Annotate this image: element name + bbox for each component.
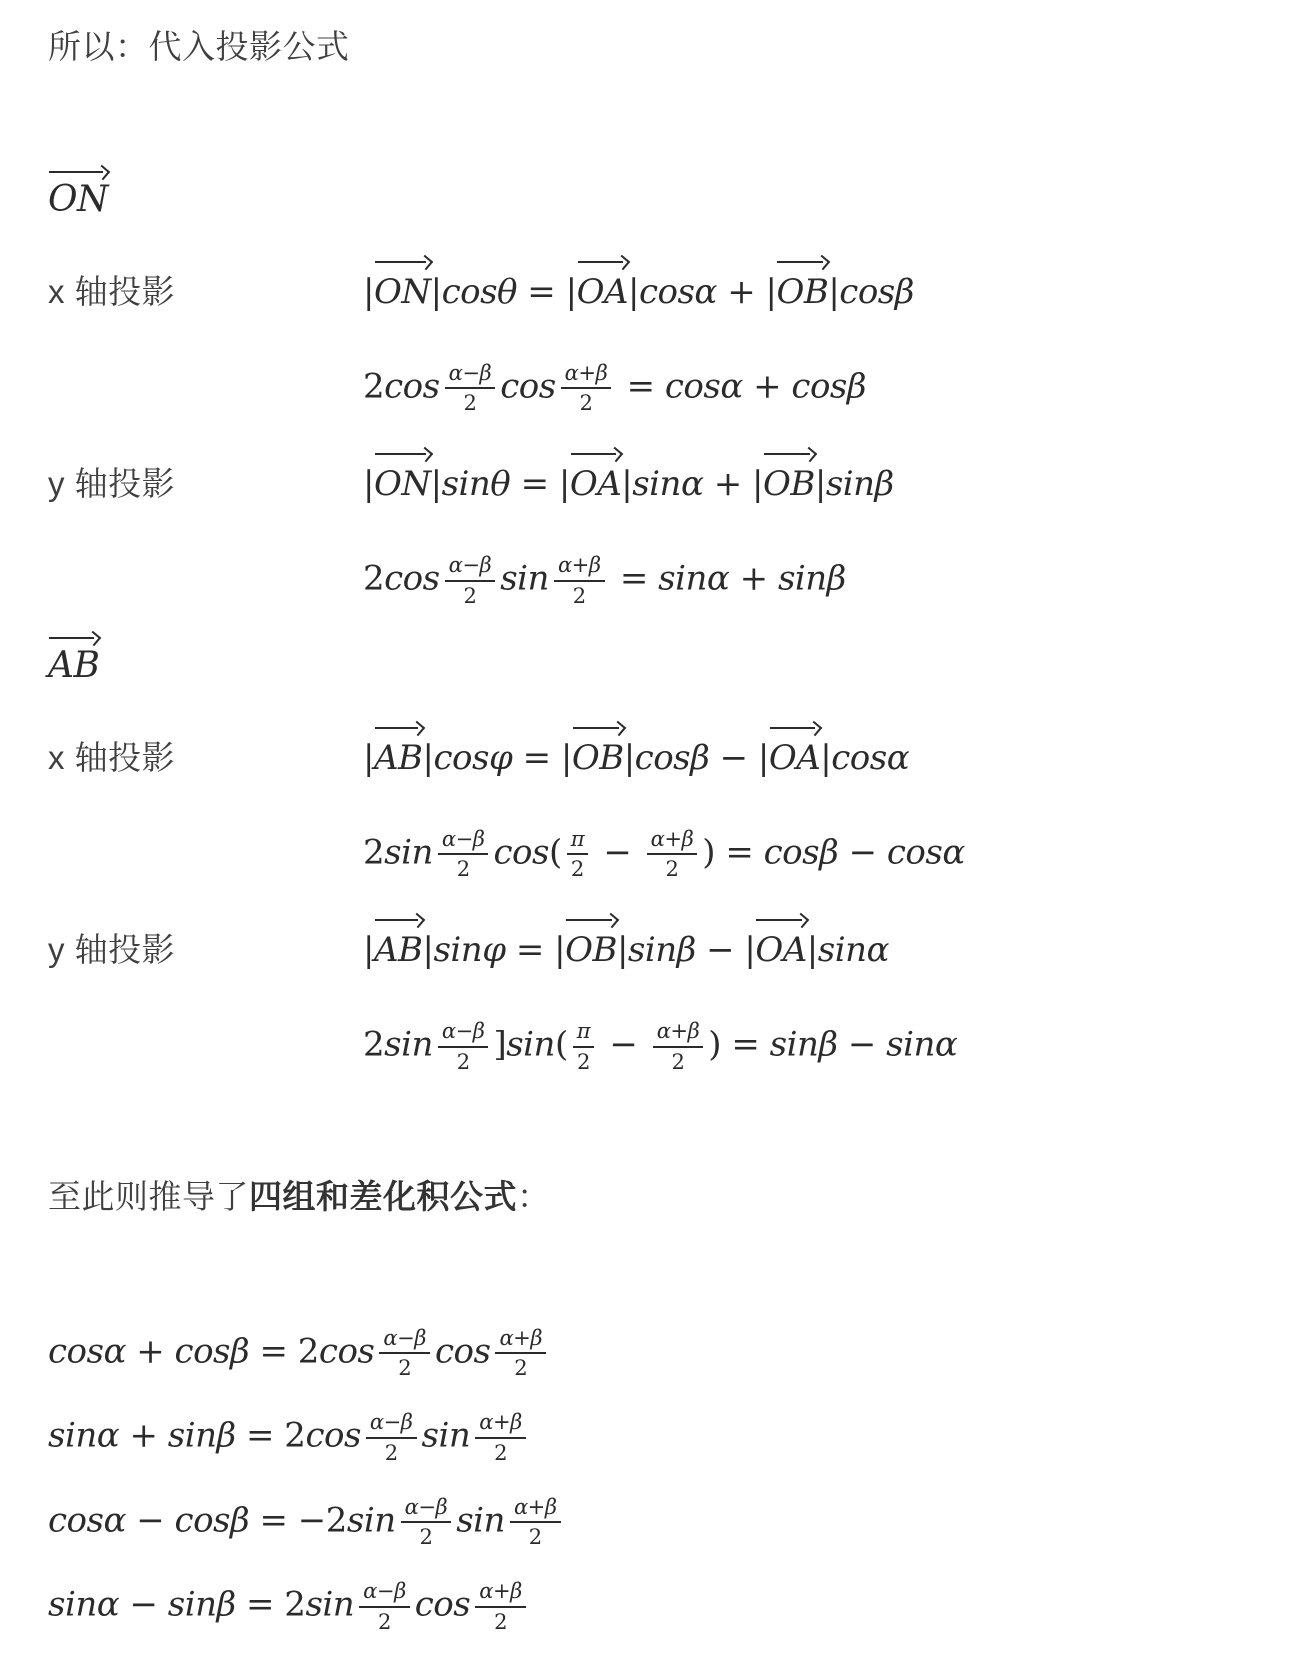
vector-heading-AB: AB bbox=[48, 626, 1264, 689]
math-italic-run: sinβ bbox=[778, 559, 846, 599]
math-italic-run: cos bbox=[384, 367, 439, 407]
vector-heading-ON: ON bbox=[48, 160, 1264, 223]
math-upright-run: + | bbox=[703, 464, 763, 504]
math-upright-run: − bbox=[838, 833, 887, 873]
fraction: α+β2 bbox=[510, 1495, 561, 1549]
math-upright-run: − | bbox=[709, 738, 769, 778]
vector-letters: OA bbox=[570, 464, 621, 504]
math-italic-run: sin bbox=[422, 1416, 471, 1456]
fraction-denominator: 2 bbox=[359, 1608, 410, 1634]
math-italic-run: cosα bbox=[887, 833, 965, 873]
vector-AB: AB bbox=[374, 925, 423, 975]
vector-ON: ON bbox=[374, 459, 431, 509]
fraction-denominator: 2 bbox=[653, 1048, 704, 1074]
fraction: π2 bbox=[573, 1019, 594, 1073]
math-upright-run: | bbox=[423, 930, 434, 970]
fraction-numerator: α−β bbox=[359, 1579, 410, 1607]
math-upright-run: | bbox=[423, 738, 434, 778]
fraction: α+β2 bbox=[561, 361, 612, 415]
vector-letters: OA bbox=[755, 930, 806, 970]
fraction-denominator: 2 bbox=[438, 1048, 489, 1074]
vector-arrow-icon bbox=[572, 719, 624, 732]
math-upright-run: | bbox=[820, 738, 831, 778]
fraction-denominator: 2 bbox=[401, 1523, 452, 1549]
math-upright-run: | bbox=[431, 464, 442, 504]
final-formula-row: cosα + cosβ = 2cosα−β2cosα+β2 bbox=[48, 1326, 1264, 1380]
vector-arrow-icon bbox=[776, 253, 828, 266]
derivation-sections: ONx 轴投影|ON|cosθ = |OA|cosα + |OB|cosβ2co… bbox=[48, 160, 1264, 1074]
vector-AB: AB bbox=[48, 643, 99, 689]
fraction-denominator: 2 bbox=[438, 855, 489, 881]
vector-letters: OA bbox=[577, 272, 628, 312]
fraction-denominator: 2 bbox=[445, 389, 496, 415]
sum-to-product-formulas: cosα + cosβ = 2cosα−β2cosα+β2sinα + sinβ… bbox=[48, 1326, 1264, 1634]
final-formula: sinα − sinβ = 2sinα−β2cosα+β2 bbox=[48, 1579, 1264, 1633]
formula-line: 2sinα−β2]sin(π2 − α+β2) = sinβ − sinα bbox=[48, 1019, 1264, 1073]
fraction-denominator: 2 bbox=[647, 855, 698, 881]
fraction-denominator: 2 bbox=[475, 1608, 526, 1634]
math-upright-run: − bbox=[599, 1025, 648, 1065]
vector-arrow-icon bbox=[48, 629, 99, 642]
math-upright-run: | bbox=[363, 464, 374, 504]
math-upright-run: = | bbox=[517, 272, 577, 312]
math-formula: 2cosα−β2sinα+β2 = sinα + sinβ bbox=[363, 553, 846, 607]
fraction-denominator: 2 bbox=[495, 1354, 546, 1380]
math-italic-run: sin bbox=[384, 1025, 433, 1065]
fraction-numerator: α+β bbox=[561, 361, 612, 389]
math-italic-run: cosβ bbox=[175, 1331, 250, 1371]
formula-row: x 轴投影|ON|cosθ = |OA|cosα + |OB|cosβ bbox=[48, 249, 1264, 317]
fraction-denominator: 2 bbox=[475, 1439, 526, 1465]
math-formula: 2sinα−β2]sin(π2 − α+β2) = sinβ − sinα bbox=[363, 1019, 957, 1073]
fraction-numerator: α−β bbox=[401, 1495, 452, 1523]
math-upright-run: − bbox=[126, 1500, 175, 1540]
formula-line: 2cosα−β2cosα+β2 = cosα + cosβ bbox=[48, 361, 1264, 415]
vector-letters: ON bbox=[48, 179, 108, 220]
math-italic-run: cosα bbox=[665, 367, 743, 407]
math-upright-run: | bbox=[363, 272, 374, 312]
vector-AB: AB bbox=[374, 733, 423, 783]
fraction-numerator: π bbox=[573, 1019, 594, 1047]
math-upright-run: = bbox=[616, 367, 665, 407]
vector-ON: ON bbox=[374, 267, 431, 317]
math-upright-run: = | bbox=[506, 930, 566, 970]
math-upright-run: ) bbox=[702, 833, 715, 873]
fraction: π2 bbox=[567, 827, 588, 881]
math-upright-run: − bbox=[593, 833, 642, 873]
math-italic-run: cosβ bbox=[764, 833, 839, 873]
final-formula: cosα + cosβ = 2cosα−β2cosα+β2 bbox=[48, 1326, 1264, 1380]
math-upright-run: = bbox=[715, 833, 764, 873]
fraction: α−β2 bbox=[445, 553, 496, 607]
math-italic-run: sinφ bbox=[433, 930, 505, 970]
vector-letters: OB bbox=[776, 272, 828, 312]
math-upright-run: ( bbox=[555, 1025, 568, 1065]
math-italic-run: cos bbox=[319, 1331, 374, 1371]
fraction-denominator: 2 bbox=[445, 582, 496, 608]
conclusion-text: 至此则推导了四组和差化积公式： bbox=[48, 1174, 1264, 1220]
math-formula: |ON|cosθ = |OA|cosα + |OB|cosβ bbox=[363, 267, 914, 317]
axis-label: y 轴投影 bbox=[48, 925, 363, 975]
fraction-denominator: 2 bbox=[554, 582, 605, 608]
math-upright-run: + | bbox=[717, 272, 777, 312]
math-italic-run: cosθ bbox=[442, 272, 517, 312]
final-formula-row: sinα + sinβ = 2cosα−β2sinα+β2 bbox=[48, 1410, 1264, 1464]
vector-letters: OB bbox=[565, 930, 617, 970]
fraction: α+β2 bbox=[647, 827, 698, 881]
fraction-numerator: α+β bbox=[475, 1579, 526, 1607]
vector-letters: ON bbox=[374, 464, 431, 504]
fraction: α−β2 bbox=[379, 1326, 430, 1380]
math-italic-run: cos bbox=[305, 1416, 360, 1456]
final-formula-row: cosα − cosβ = −2sinα−β2sinα+β2 bbox=[48, 1495, 1264, 1549]
vector-arrow-icon bbox=[48, 163, 108, 176]
math-upright-run: | bbox=[363, 738, 374, 778]
vector-arrow-icon bbox=[374, 253, 431, 266]
fraction-denominator: 2 bbox=[561, 389, 612, 415]
vector-arrow-icon bbox=[374, 911, 423, 924]
math-italic-run: cosβ bbox=[175, 1500, 250, 1540]
conclusion-prefix: 至此则推导了 bbox=[48, 1178, 249, 1215]
math-italic-run: sinα bbox=[632, 464, 703, 504]
vector-arrow-icon bbox=[577, 253, 628, 266]
vector-OB: OB bbox=[572, 733, 624, 783]
conclusion-suffix: ： bbox=[517, 1178, 551, 1215]
fraction: α+β2 bbox=[653, 1019, 704, 1073]
vector-arrow-icon bbox=[374, 445, 431, 458]
math-italic-run: sinβ bbox=[770, 1025, 838, 1065]
math-italic-run: sin bbox=[347, 1500, 396, 1540]
math-italic-run: sinβ bbox=[628, 930, 696, 970]
math-upright-run: | bbox=[807, 930, 818, 970]
vector-letters: OB bbox=[572, 738, 624, 778]
math-italic-run: cos bbox=[415, 1585, 470, 1625]
math-upright-run: + bbox=[743, 367, 792, 407]
math-formula: AB bbox=[48, 643, 1264, 689]
math-italic-run: cos bbox=[500, 367, 555, 407]
intro-text: 所以：代入投影公式 bbox=[48, 24, 1264, 70]
math-italic-run: cosα bbox=[48, 1331, 126, 1371]
formula-row: y 轴投影|AB|sinφ = |OB|sinβ − |OA|sinα bbox=[48, 907, 1264, 975]
math-formula: |AB|cosφ = |OB|cosβ − |OA|cosα bbox=[363, 733, 909, 783]
fraction: α+β2 bbox=[475, 1579, 526, 1633]
math-italic-run: sinα bbox=[48, 1585, 119, 1625]
math-italic-run: sinα bbox=[886, 1025, 957, 1065]
math-italic-run: sinα bbox=[658, 559, 729, 599]
fraction-numerator: α+β bbox=[495, 1326, 546, 1354]
math-upright-run: = 2 bbox=[249, 1331, 319, 1371]
math-upright-run: = −2 bbox=[249, 1500, 347, 1540]
fraction: α−β2 bbox=[359, 1579, 410, 1633]
fraction-numerator: α−β bbox=[438, 1019, 489, 1047]
fraction-numerator: α+β bbox=[475, 1410, 526, 1438]
math-italic-run: cosβ bbox=[635, 738, 710, 778]
math-upright-run: − bbox=[119, 1585, 168, 1625]
vector-OA: OA bbox=[755, 925, 806, 975]
math-upright-run: = 2 bbox=[236, 1585, 306, 1625]
vector-OA: OA bbox=[577, 267, 628, 317]
fraction: α+β2 bbox=[495, 1326, 546, 1380]
vector-arrow-icon bbox=[374, 719, 423, 732]
math-upright-run: ] bbox=[493, 1025, 506, 1065]
section-AB: ABx 轴投影|AB|cosφ = |OB|cosβ − |OA|cosα2si… bbox=[48, 626, 1264, 1074]
fraction-numerator: α−β bbox=[445, 361, 496, 389]
math-upright-run: + bbox=[119, 1416, 168, 1456]
vector-OB: OB bbox=[776, 267, 828, 317]
math-upright-run: 2 bbox=[363, 559, 384, 599]
fraction-numerator: α+β bbox=[510, 1495, 561, 1523]
fraction-denominator: 2 bbox=[573, 1048, 594, 1074]
math-upright-run: | bbox=[628, 272, 639, 312]
math-upright-run: = | bbox=[510, 464, 570, 504]
vector-letters: AB bbox=[48, 645, 99, 686]
math-italic-run: cosα bbox=[639, 272, 717, 312]
math-upright-run: | bbox=[363, 930, 374, 970]
vector-arrow-icon bbox=[565, 911, 617, 924]
final-formula: sinα + sinβ = 2cosα−β2sinα+β2 bbox=[48, 1410, 1264, 1464]
final-formula: cosα − cosβ = −2sinα−β2sinα+β2 bbox=[48, 1495, 1264, 1549]
math-italic-run: cos bbox=[435, 1331, 490, 1371]
conclusion-bold: 四组和差化积公式 bbox=[249, 1178, 517, 1215]
fraction-numerator: α−β bbox=[379, 1326, 430, 1354]
math-upright-run: 2 bbox=[363, 833, 384, 873]
math-italic-run: sin bbox=[456, 1500, 505, 1540]
math-upright-run: | bbox=[828, 272, 839, 312]
vector-arrow-icon bbox=[763, 445, 815, 458]
math-upright-run: 2 bbox=[363, 367, 384, 407]
axis-label: y 轴投影 bbox=[48, 459, 363, 509]
math-formula: 2sinα−β2cos(π2 − α+β2) = cosβ − cosα bbox=[363, 827, 965, 881]
fraction-numerator: π bbox=[567, 827, 588, 855]
fraction-numerator: α−β bbox=[366, 1410, 417, 1438]
math-italic-run: sinα bbox=[48, 1416, 119, 1456]
vector-OB: OB bbox=[763, 459, 815, 509]
math-italic-run: cosα bbox=[48, 1500, 126, 1540]
math-upright-run: = bbox=[721, 1025, 770, 1065]
math-formula: 2cosα−β2cosα+β2 = cosα + cosβ bbox=[363, 361, 866, 415]
math-upright-run: − bbox=[838, 1025, 887, 1065]
math-formula: |ON|sinθ = |OA|sinα + |OB|sinβ bbox=[363, 459, 894, 509]
fraction: α+β2 bbox=[554, 553, 605, 607]
math-italic-run: cos bbox=[384, 559, 439, 599]
math-italic-run: sin bbox=[500, 559, 549, 599]
vector-OA: OA bbox=[769, 733, 820, 783]
math-italic-run: sinθ bbox=[442, 464, 511, 504]
vector-letters: AB bbox=[374, 930, 423, 970]
math-upright-run: = 2 bbox=[236, 1416, 306, 1456]
math-upright-run: = bbox=[610, 559, 659, 599]
final-formula-row: sinα − sinβ = 2sinα−β2cosα+β2 bbox=[48, 1579, 1264, 1633]
fraction-denominator: 2 bbox=[379, 1354, 430, 1380]
fraction-numerator: α−β bbox=[438, 827, 489, 855]
axis-label: x 轴投影 bbox=[48, 267, 363, 317]
fraction-numerator: α−β bbox=[445, 553, 496, 581]
math-italic-run: cosβ bbox=[791, 367, 866, 407]
math-upright-run: | bbox=[621, 464, 632, 504]
math-upright-run: ( bbox=[549, 833, 562, 873]
formula-row: y 轴投影|ON|sinθ = |OA|sinα + |OB|sinβ bbox=[48, 441, 1264, 509]
math-upright-run: − | bbox=[696, 930, 756, 970]
vector-letters: OB bbox=[763, 464, 815, 504]
math-italic-run: sin bbox=[506, 1025, 555, 1065]
axis-label: x 轴投影 bbox=[48, 733, 363, 783]
math-formula: ON bbox=[48, 177, 1264, 223]
fraction: α−β2 bbox=[445, 361, 496, 415]
math-italic-run: sinα bbox=[818, 930, 889, 970]
math-upright-run: + bbox=[126, 1331, 175, 1371]
vector-ON: ON bbox=[48, 177, 108, 223]
math-italic-run: sinβ bbox=[168, 1585, 236, 1625]
formula-row: x 轴投影|AB|cosφ = |OB|cosβ − |OA|cosα bbox=[48, 715, 1264, 783]
math-italic-run: sin bbox=[305, 1585, 354, 1625]
fraction: α−β2 bbox=[438, 1019, 489, 1073]
math-upright-run: 2 bbox=[363, 1025, 384, 1065]
math-italic-run: sin bbox=[384, 833, 433, 873]
fraction: α−β2 bbox=[401, 1495, 452, 1549]
vector-arrow-icon bbox=[755, 911, 806, 924]
article-page: { "intro": "所以：代入投影公式", "conclusion": { … bbox=[0, 0, 1312, 1654]
fraction-numerator: α+β bbox=[647, 827, 698, 855]
vector-arrow-icon bbox=[570, 445, 621, 458]
fraction: α−β2 bbox=[438, 827, 489, 881]
math-italic-run: cosα bbox=[831, 738, 909, 778]
fraction: α−β2 bbox=[366, 1410, 417, 1464]
section-ON: ONx 轴投影|ON|cosθ = |OA|cosα + |OB|cosβ2co… bbox=[48, 160, 1264, 608]
fraction-denominator: 2 bbox=[366, 1439, 417, 1465]
vector-arrow-icon bbox=[769, 719, 820, 732]
fraction-numerator: α+β bbox=[554, 553, 605, 581]
fraction-denominator: 2 bbox=[510, 1523, 561, 1549]
math-upright-run: | bbox=[624, 738, 635, 778]
math-italic-run: cosβ bbox=[839, 272, 914, 312]
math-upright-run: | bbox=[815, 464, 826, 504]
math-upright-run: + bbox=[729, 559, 778, 599]
fraction-denominator: 2 bbox=[567, 855, 588, 881]
math-italic-run: cosφ bbox=[433, 738, 512, 778]
math-italic-run: sinβ bbox=[168, 1416, 236, 1456]
vector-letters: ON bbox=[374, 272, 431, 312]
math-upright-run: | bbox=[617, 930, 628, 970]
vector-OA: OA bbox=[570, 459, 621, 509]
math-upright-run: ) bbox=[708, 1025, 721, 1065]
vector-OB: OB bbox=[565, 925, 617, 975]
formula-line: 2sinα−β2cos(π2 − α+β2) = cosβ − cosα bbox=[48, 827, 1264, 881]
math-italic-run: sinβ bbox=[826, 464, 894, 504]
vector-letters: OA bbox=[769, 738, 820, 778]
math-upright-run: | bbox=[431, 272, 442, 312]
math-formula: |AB|sinφ = |OB|sinβ − |OA|sinα bbox=[363, 925, 889, 975]
vector-letters: AB bbox=[374, 738, 423, 778]
fraction: α+β2 bbox=[475, 1410, 526, 1464]
math-upright-run: = | bbox=[512, 738, 572, 778]
math-italic-run: cos bbox=[493, 833, 548, 873]
fraction-numerator: α+β bbox=[653, 1019, 704, 1047]
formula-line: 2cosα−β2sinα+β2 = sinα + sinβ bbox=[48, 553, 1264, 607]
